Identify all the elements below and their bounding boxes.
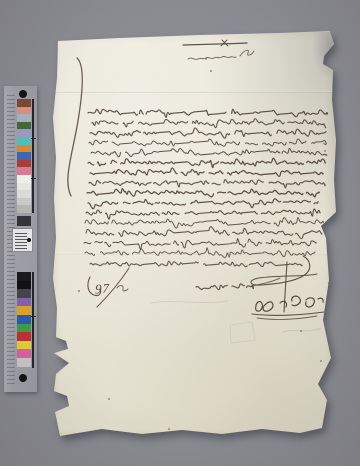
patch-blue xyxy=(17,315,31,324)
patch-violet xyxy=(17,298,31,307)
strip-tick xyxy=(31,316,36,317)
patch-yellow xyxy=(17,341,31,350)
manuscript-line xyxy=(87,189,319,197)
patch-gray-ramp-1 xyxy=(17,183,31,191)
patch-gray-ramp-3 xyxy=(17,198,31,206)
patch-green xyxy=(17,324,31,333)
strip-label-dot xyxy=(27,238,31,242)
patch-blue xyxy=(17,152,31,160)
signature-underline xyxy=(252,312,324,315)
patch-red xyxy=(17,332,31,341)
strip-registration-dot-top xyxy=(19,90,27,98)
manuscript-page-wrap: 97 xyxy=(48,30,340,444)
manuscript-line xyxy=(89,180,325,188)
strip-color-patches-bottom xyxy=(17,272,31,367)
manuscript-line xyxy=(91,148,327,156)
manuscript-line xyxy=(88,158,325,167)
date-superscript xyxy=(117,285,128,290)
manuscript-page: 97 xyxy=(48,30,340,444)
signature-rubric-loop xyxy=(251,256,317,285)
ghost-mark-3 xyxy=(283,328,321,332)
patch-light-blue-gray xyxy=(17,114,31,122)
manuscript-line xyxy=(84,239,316,250)
patch-dark-gray xyxy=(17,289,31,298)
patch-black-1 xyxy=(17,272,31,281)
strip-registration-dot-bottom xyxy=(19,374,27,382)
manuscript-line xyxy=(86,227,322,239)
manuscript-line xyxy=(90,128,326,138)
manuscript-line xyxy=(90,261,302,267)
patch-gray-ramp-4 xyxy=(17,205,31,213)
archival-photograph: 97 xyxy=(0,0,360,466)
patch-dark-red xyxy=(17,160,31,168)
handwriting-layer xyxy=(0,0,360,466)
patch-white xyxy=(17,175,31,183)
archival-notation-rubric xyxy=(240,50,254,56)
manuscript-line xyxy=(90,168,323,176)
patch-magenta xyxy=(17,349,31,358)
patch-orange xyxy=(17,145,31,153)
patch-brown xyxy=(17,99,31,107)
strip-color-patches-top xyxy=(17,99,31,213)
patch-light-gray xyxy=(17,358,31,367)
header-cross xyxy=(221,40,228,46)
strip-rule-bottom xyxy=(32,272,34,368)
date-digits: 97 xyxy=(95,280,110,297)
manuscript-line xyxy=(92,119,326,128)
header-rule xyxy=(183,43,247,45)
patch-amber xyxy=(17,306,31,315)
patch-lavender xyxy=(17,129,31,137)
manuscript-line xyxy=(89,139,326,146)
manuscript-line xyxy=(88,109,328,117)
ghost-mark-2 xyxy=(230,322,255,343)
color-calibration-target xyxy=(4,86,37,392)
patch-pink xyxy=(17,167,31,175)
patch-salmon xyxy=(17,107,31,115)
signature-name xyxy=(256,296,324,311)
manuscript-line xyxy=(88,199,318,209)
manuscript-line xyxy=(85,218,323,228)
strip-label xyxy=(12,228,33,252)
strip-rule-top xyxy=(32,99,34,213)
patch-black-2 xyxy=(17,281,31,290)
ghost-mark-1 xyxy=(150,301,228,303)
patch-dark-green xyxy=(17,122,31,130)
signature-underline-2 xyxy=(257,316,317,319)
archival-notation xyxy=(188,56,236,59)
strip-label-microtext xyxy=(15,231,27,249)
patch-gray-ramp-2 xyxy=(17,190,31,198)
margin-flourish xyxy=(68,58,82,196)
patch-teal xyxy=(17,137,31,145)
strip-tick xyxy=(31,178,36,179)
strip-dark-block xyxy=(17,216,31,226)
speck xyxy=(248,432,250,434)
manuscript-line xyxy=(196,284,253,290)
strip-tick xyxy=(31,138,36,139)
manuscript-line xyxy=(85,248,315,258)
